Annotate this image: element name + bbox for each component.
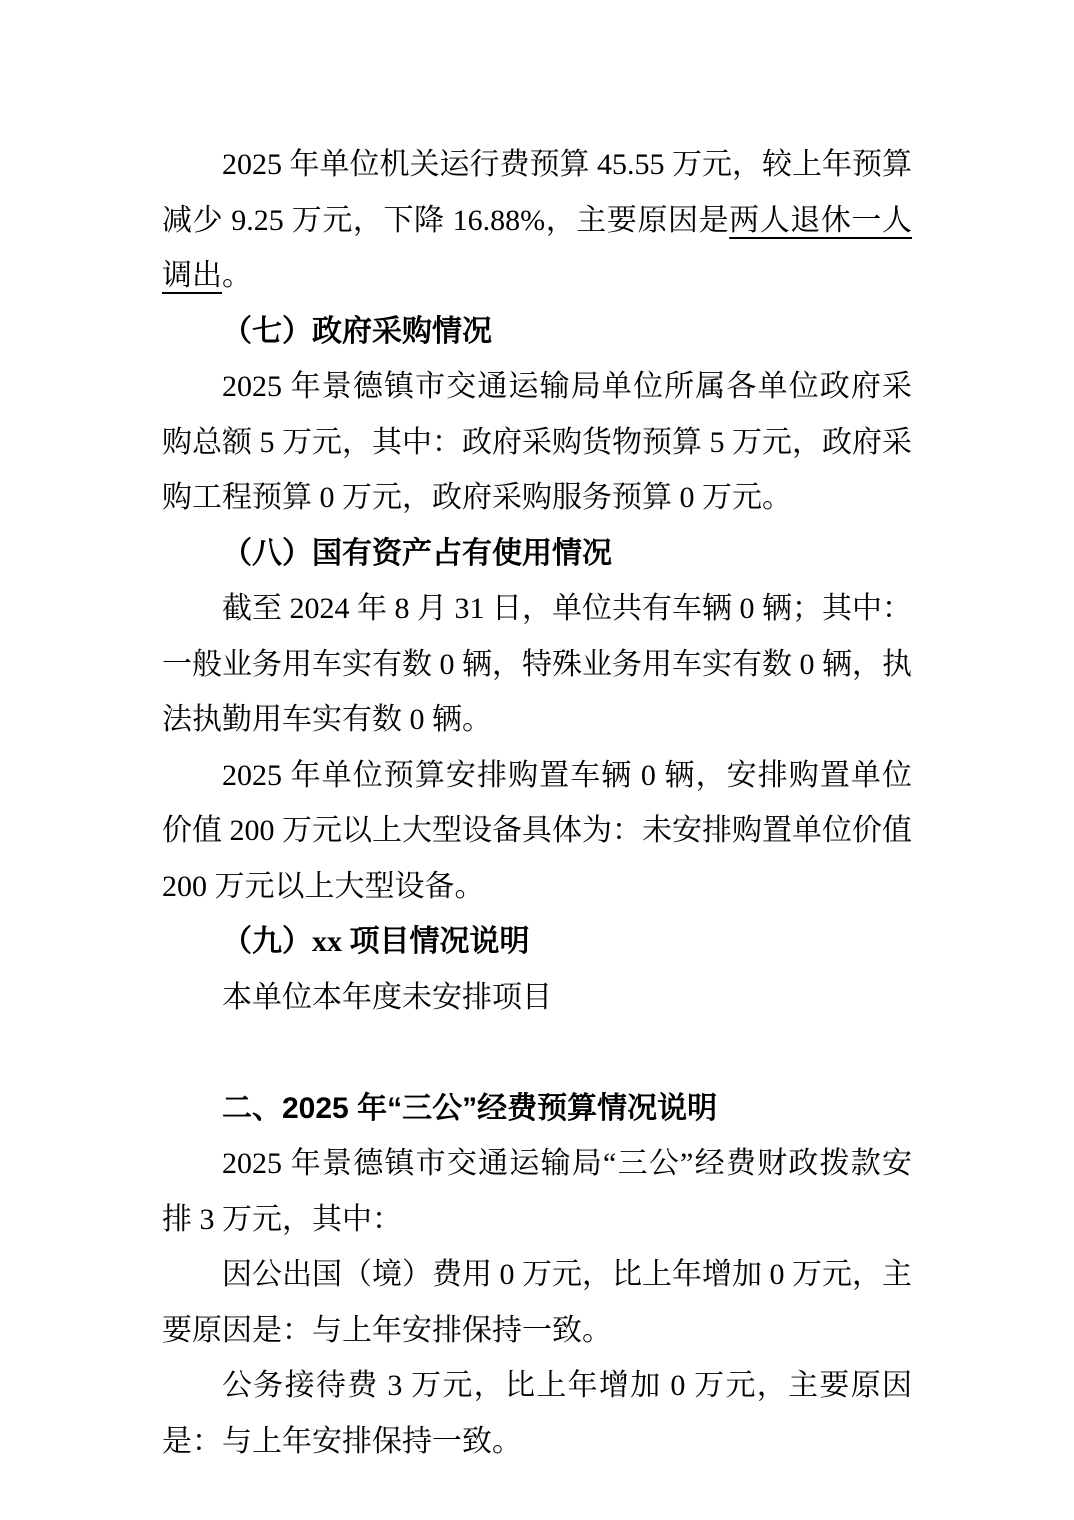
paragraph: 2025 年景德镇市交通运输局“三公”经费财政拨款安排 3 万元，其中： [162,1136,912,1247]
text-run: 本单位本年度未安排项目 [222,981,552,1014]
text-run: 公务接待费 3 万元，比上年增加 0 万元，主要原因是：与上年安排保持一致。 [162,1369,912,1458]
text-run: （八）国有资产占有使用情况 [222,537,612,570]
text-run: 因公出国（境）费用 0 万元，比上年增加 0 万元，主要原因是：与上年安排保持一… [162,1258,912,1347]
section-heading: （九）xx 项目情况说明 [162,914,912,970]
text-run: 。 [222,259,252,292]
document-page: 2025 年单位机关运行费预算 45.55 万元，较上年预算减少 9.25 万元… [0,0,1074,1520]
text-run: 二、2025 年“三公”经费预算情况说明 [222,1092,717,1125]
paragraph: 2025 年单位预算安排购置车辆 0 辆，安排购置单位价值 200 万元以上大型… [162,748,912,915]
text-run: 2025 年景德镇市交通运输局“三公”经费财政拨款安排 3 万元，其中： [162,1147,912,1236]
text-run: 2025 年景德镇市交通运输局单位所属各单位政府采购总额 5 万元，其中：政府采… [162,370,912,514]
paragraph: 截至 2024 年 8 月 31 日，单位共有车辆 0 辆；其中：一般业务用车实… [162,581,912,748]
text-run: （七）政府采购情况 [222,315,492,348]
text-run: 2025 年单位预算安排购置车辆 0 辆，安排购置单位价值 200 万元以上大型… [162,759,912,903]
section-heading: （七）政府采购情况 [162,304,912,360]
document-content: 2025 年单位机关运行费预算 45.55 万元，较上年预算减少 9.25 万元… [162,137,912,1469]
section-heading: （八）国有资产占有使用情况 [162,526,912,582]
paragraph: 2025 年单位机关运行费预算 45.55 万元，较上年预算减少 9.25 万元… [162,137,912,304]
paragraph: 2025 年景德镇市交通运输局单位所属各单位政府采购总额 5 万元，其中：政府采… [162,359,912,526]
text-run: 截至 2024 年 8 月 31 日，单位共有车辆 0 辆；其中：一般业务用车实… [162,592,912,736]
chapter-heading: 二、2025 年“三公”经费预算情况说明 [162,1081,912,1137]
blank-line [162,1025,912,1081]
paragraph: 公务接待费 3 万元，比上年增加 0 万元，主要原因是：与上年安排保持一致。 [162,1358,912,1469]
paragraph: 因公出国（境）费用 0 万元，比上年增加 0 万元，主要原因是：与上年安排保持一… [162,1247,912,1358]
paragraph: 本单位本年度未安排项目 [162,970,912,1026]
text-run: （九）xx 项目情况说明 [222,925,530,958]
